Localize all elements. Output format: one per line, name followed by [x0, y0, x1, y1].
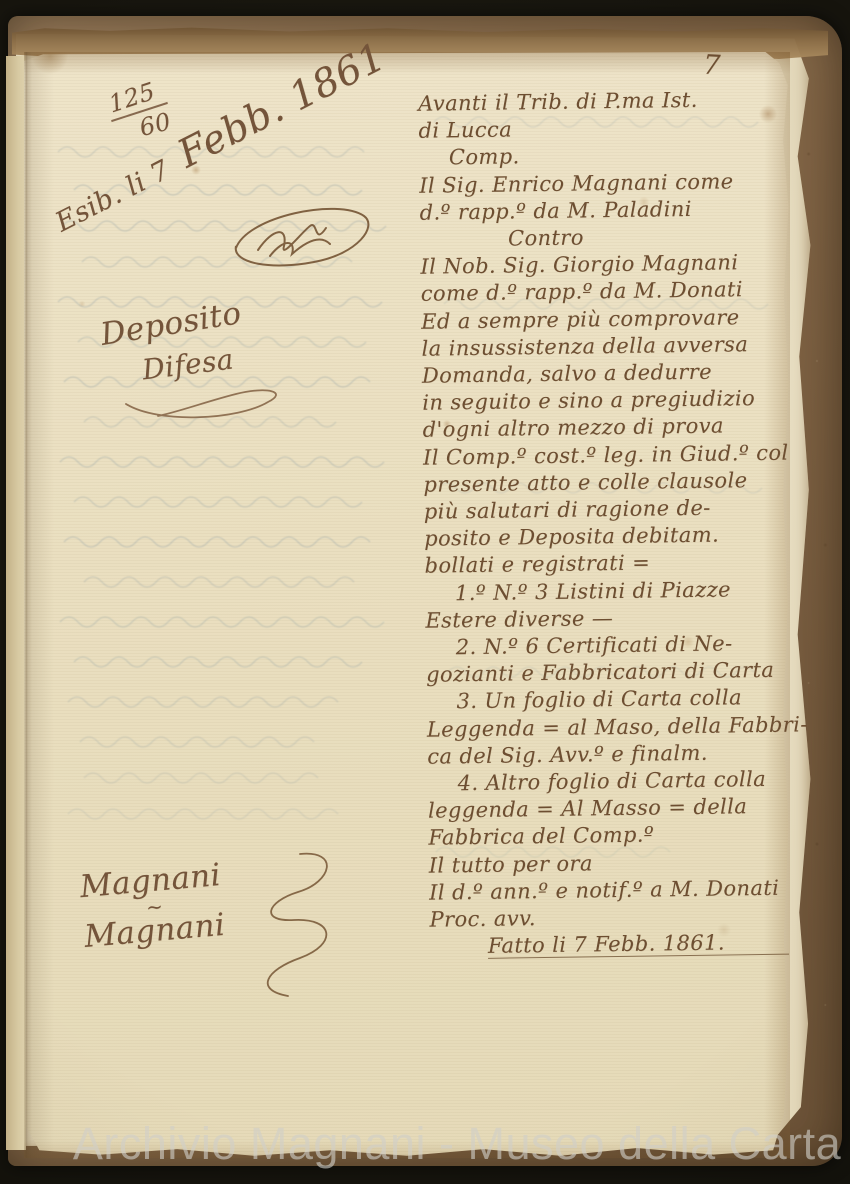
act-body-line: la insussistenza della avversa — [421, 330, 805, 363]
act-body-line: Fatto li 7 Febb. 1861. — [488, 929, 814, 961]
act-body: Avanti il Trib. di P.ma Ist.di LuccaComp… — [418, 85, 814, 961]
opposite-leaf-edge — [6, 56, 26, 1150]
act-body-line: Leggenda = al Maso, della Fabbri- — [427, 711, 811, 744]
page-number: 7 — [702, 50, 721, 82]
act-body-line: 4. Altro foglio di Carta colla — [457, 765, 811, 797]
case-parties: Magnani ~ Magnani — [79, 860, 227, 953]
act-body-line: Contro — [508, 221, 804, 252]
act-body-line: Il d.º ann.º e notif.º a M. Donati — [429, 874, 813, 907]
act-body-line: Il Comp.º cost.º leg. in Giud.º col — [423, 439, 807, 472]
manuscript-scan: 125 60 Esib. li 7 Febb. 1861 Deposito Di… — [0, 0, 850, 1184]
archive-watermark: Archivio Magnani - Museo della Carta — [0, 1118, 850, 1170]
